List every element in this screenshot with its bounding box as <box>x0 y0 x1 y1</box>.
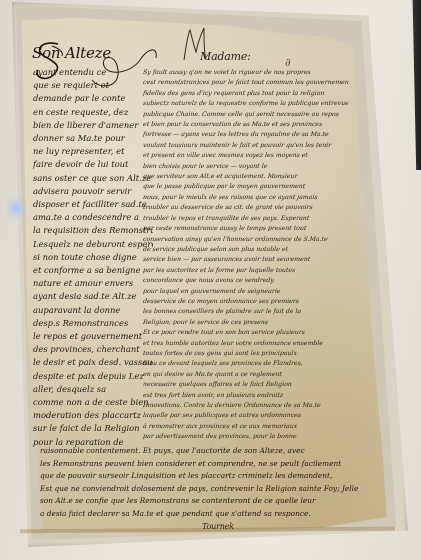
text-line: troubler le repos et tranquilite de ses … <box>142 214 348 224</box>
text-line: nature et amour envers <box>33 277 153 290</box>
salutation-left: Son Alteze <box>32 44 111 62</box>
text-line: par ceste remonstrance aussy le temps pr… <box>142 224 348 234</box>
text-line: fidelles des gens d'icy requerant plus t… <box>142 89 348 99</box>
text-line: le repos et gouvernement <box>33 330 153 343</box>
text-line: ayant entendu ce <box>33 66 153 79</box>
text-line: et bien pour la conservation de sa Ma.te… <box>142 120 348 130</box>
text-line: donner sa Ma.te pour <box>33 132 153 145</box>
text-line: et tres humble autoritez leur votre ordo… <box>142 339 348 349</box>
text-line: des provinces, cherchant <box>33 343 153 356</box>
text-line: et present en ville avec mesmes voyez le… <box>142 151 348 161</box>
text-line: sans oster ce que son Alt.ze <box>33 172 153 185</box>
text-line: subiectz naturelz de la requestre confor… <box>142 99 348 109</box>
right-column-text: Sy fault aussy q'on ne voiet la rigueur … <box>143 68 348 443</box>
text-line: et conforme a sa benigne <box>33 264 153 277</box>
text-line: en ceste requeste, dez <box>33 106 153 119</box>
text-line: ama.te a condescendre a <box>33 211 153 224</box>
text-line: desservice de ce moyen ordonnance ses pr… <box>142 297 348 307</box>
text-line: service bien — par asseurances avoir tou… <box>142 255 348 265</box>
text-line: que de pouvoir surseoir Linquisition et … <box>40 470 370 483</box>
text-line: par les auctoritez et la forme par laque… <box>142 266 348 276</box>
text-line: laquelle par ses publicques et autres or… <box>142 411 348 421</box>
text-line: voulant tousiours maintenir le fait et p… <box>142 141 348 151</box>
text-line: les Remonstrans peuvent bien considerer … <box>40 458 370 471</box>
text-line: de service publicque selon son plus nota… <box>142 245 348 255</box>
text-line: faire devoir de lui tout <box>33 158 153 171</box>
text-line: fortresse — ayans veuz les lettres du ro… <box>142 130 348 140</box>
wall-shadow <box>409 0 421 170</box>
text-line: Et ce pour rendre tout en son bon servic… <box>142 328 348 338</box>
text-line: advisera pouvoir servir <box>33 185 153 198</box>
salutation-right: Madame: <box>200 50 251 63</box>
light-reflection <box>6 196 26 220</box>
text-line: que se requiert et <box>33 79 153 92</box>
text-line: son Alt.e se confie que les Remonstrans … <box>40 495 370 508</box>
museum-display: Son Alteze Madame: ∂ ayant entendu ce qu… <box>0 0 421 560</box>
text-line: aller, desquelz sa <box>33 383 153 396</box>
text-line: tenu ce devant lesquelz ses provinces de… <box>142 359 348 369</box>
closing-paragraph: raisonnable contentement. Et puys, que l… <box>40 445 370 521</box>
text-line: demande par le conte <box>33 92 153 105</box>
left-column-text: ayant entendu ce que se requiert et dema… <box>33 66 153 449</box>
text-line: necessaire quelques affaires et le faict… <box>142 380 348 390</box>
text-line: Lesquelz ne deburont esperer <box>33 238 153 251</box>
text-line: publicque Chaine. Comme celle qui seroit… <box>142 110 348 120</box>
text-line: desp.s Remonstrances <box>33 317 153 330</box>
text-line: auparavant la donne <box>33 304 153 317</box>
text-line: despite et paix depuis Lez <box>33 370 153 383</box>
text-line: a desia faict declarer sa Ma.te et que p… <box>40 508 370 521</box>
text-line: par advertissement des provinces, pour l… <box>142 432 348 442</box>
text-line: troubler au desservice de sa cit. de gra… <box>142 203 348 213</box>
text-line: nous, pour le mieulx de ses raisons que … <box>142 193 348 203</box>
text-line: ne luy representer, et <box>33 145 153 158</box>
text-line: sur le faict de la Religion <box>33 422 153 435</box>
text-line: Innovations. Contre la derniere Ordonnan… <box>142 401 348 411</box>
text-line: Sy fault aussy q'on ne voiet la rigueur … <box>142 68 348 78</box>
text-line: pour laquel en gouvernement de seigneuri… <box>142 287 348 297</box>
text-line: comme non a de ceste bien <box>33 396 153 409</box>
signature: Tournek <box>202 522 234 531</box>
text-line: Religion, pour le service de ces presens <box>142 318 348 328</box>
text-line: moderation des placcartz <box>33 409 153 422</box>
text-line: que le passe publicque par le moyen gouv… <box>142 182 348 192</box>
text-line: le desir et paix desd. vassaulx <box>33 356 153 369</box>
text-line: la requisition des Remonstrans <box>33 224 153 237</box>
text-line: concordance que nous avons ce vendredy <box>142 276 348 286</box>
text-line: est tres fort bien avoir, en plusieurs e… <box>142 391 348 401</box>
text-line: ayant desia sad.te Alt.ze <box>33 290 153 303</box>
text-line: conservation ainsy qu'en l'honneur ordon… <box>142 235 348 245</box>
text-line: Est que ne conviendroit dolosement de pa… <box>40 483 370 496</box>
text-line: disposer et facilliter sad.te <box>33 198 153 211</box>
text-line: cest remon(stran)ces pour le faict tout … <box>142 78 348 88</box>
text-line: raisonnable contentement. Et puys, que l… <box>40 445 370 458</box>
text-line: que serviteur son Alt.e et acquitement. … <box>142 172 348 182</box>
text-line: les bonnes conseilliers de plaindre sur … <box>142 307 348 317</box>
text-line: bien choisis pour le service — voyant le <box>142 162 348 172</box>
text-line: à remonstrer aux provinces et ce aux mem… <box>142 422 348 432</box>
text-line: bien de liberer d'amener <box>33 119 153 132</box>
text-line: toutes fortes de ces gens qui sont les p… <box>142 349 348 359</box>
text-line: si non toute chose digne <box>33 251 153 264</box>
text-line: en qui desire sa Ma.te quant a ce reglem… <box>142 370 348 380</box>
